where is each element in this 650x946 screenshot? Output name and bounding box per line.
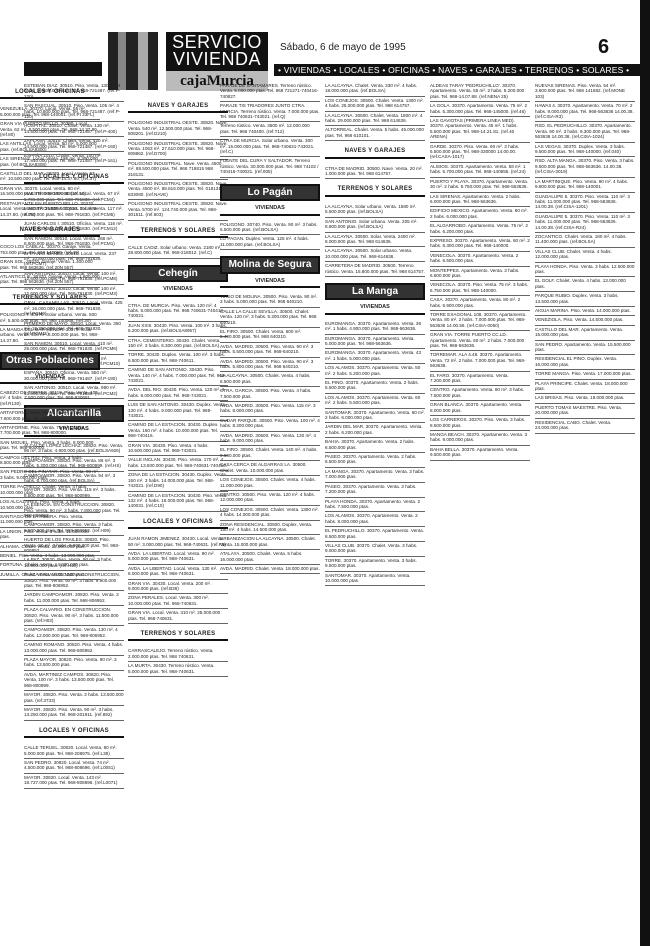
classified-ad: LOS CONEJOS. 30500. Chalet. Venta. 4 hab… bbox=[220, 476, 320, 491]
classified-ad: AVDA. LA LIBERTAD. Local. Venta. 90 m². … bbox=[128, 550, 228, 565]
classified-ad: LA GOLA. 30370. Apartamento. Venta. 75 m… bbox=[430, 102, 530, 117]
classified-ad: BAHIA. 30370. Apartamento. Venta. 2 habs… bbox=[325, 438, 425, 453]
classified-ad: TORREMAR. ALA 4.48. 30370. Apartamento. … bbox=[430, 351, 530, 371]
section-header: TERRENOS Y SOLARES bbox=[0, 290, 100, 305]
classified-ad: EUROMANGA. 30370. Apartamento. Venta. 43… bbox=[325, 349, 425, 364]
classified-ad: LA ALCAYNA. 30500. Solar. Venta. 2400 m²… bbox=[325, 233, 425, 248]
classified-ad: EUROMANGA. 30370. Apartamento. Venta. 5.… bbox=[325, 335, 425, 350]
subsection-header: VIVIENDAS bbox=[325, 302, 425, 314]
classified-ad: JUAN RAMON JIMENEZ. 30430. Local. Venta.… bbox=[128, 535, 228, 550]
classified-ad: CAMINO DE LA ESTACION. 30430. Piso. Vent… bbox=[128, 492, 228, 512]
classified-ad: LA ALCAYNA. 30500. Chalet. Venta. 1800 m… bbox=[325, 112, 425, 127]
classified-ad: GRAN BLANCA. 30370. Apartamento. Venta. … bbox=[430, 401, 530, 416]
classified-ad: SAN PEDRO. Apartamento. Venta. 15.500.00… bbox=[535, 341, 635, 356]
classified-ad: ATALAYA. 30500. Chalet. Venta. 5 habs. 1… bbox=[220, 550, 320, 565]
section-header: TERRENOS Y SOLARES bbox=[128, 223, 228, 238]
classified-ad: BENIEL. Piso. Venta. 4 habs. 13.000.000 … bbox=[0, 552, 100, 561]
classified-ad: LOS CARNEROS. 30370. Piso. Venta. 3 habs… bbox=[430, 416, 530, 431]
classified-ad: VENECOLA. 30370. Apartamento. Venta. 2 h… bbox=[430, 252, 530, 267]
classified-ad: PLAZA CALVARIO. EN CONSTRUCCION. 30820. … bbox=[24, 606, 124, 626]
column-6: NUEVAS SIRENAS. Piso. Venta. 54 m². 3.60… bbox=[535, 82, 635, 434]
classified-ad: EL FARO. 30370. Apartamento. Venta. 7.20… bbox=[430, 372, 530, 387]
header-black-bar bbox=[24, 62, 102, 76]
classified-ad: CASA CERCA DE ALGARRAS LA. 30500. Chalet… bbox=[220, 461, 320, 476]
classified-ad: TORRE. 30370. Apartamento. Venta. 3 habs… bbox=[325, 557, 425, 572]
classified-ad: PARAJE TIS TRIADORES JUNTO CTRA. MURCIA.… bbox=[220, 102, 320, 122]
classified-ad: POLIGONO INDUSTRIAL OESTE. 30820. Nave. … bbox=[128, 180, 228, 200]
classified-ad: BAHIA BELLA. 30370. Apartamento. Venta. … bbox=[430, 446, 530, 461]
classified-ad: AVDA. MADRID. 30500. Piso. Venta. 120 m²… bbox=[220, 432, 320, 447]
classified-ad: LA MANGA. 30370. Apartamento. Venta. 3 h… bbox=[325, 468, 425, 483]
classified-ad: LA ALCAYNA. Chalet. Venta. 330 m². 4 hab… bbox=[325, 82, 425, 97]
classified-ad: TORRE EXAGONAL 108. 30370. Apartamento. … bbox=[430, 311, 530, 331]
classified-ad: CENTRO. Apartamento. Venta. 80 m². 3 hab… bbox=[430, 386, 530, 401]
classified-ad: JUAN XXIII. 30430. Piso. Venta. 100 m². … bbox=[128, 322, 228, 337]
classified-ad: SAN PEDRO. 30820. Local. Venta. 74 m². 4… bbox=[24, 759, 124, 774]
classified-ad: ALISIOS. 30370. Apartamento. Venta. 58 m… bbox=[430, 163, 530, 178]
classified-ad: PASEO. 30370. Apartamento. Venta. 3 habs… bbox=[325, 483, 425, 498]
classified-ad: ZOCANTICO. Chalet. Venta. 180 m². 4 habs… bbox=[535, 233, 635, 248]
classified-ad: GRAN VIA PUERTO BELLO. 30380. Local. Ven… bbox=[0, 120, 100, 140]
town-banner: La Manga bbox=[325, 283, 425, 300]
classified-ad: CENTRO. 30500. Piso. Venta. 120 m². 4 ha… bbox=[220, 491, 320, 506]
classified-ad: FUENTE DEL CURA Y SALTADOR. Terreno rúst… bbox=[220, 157, 320, 177]
classified-ad: CAMINO ROMANO. 30820. Piso. Venta. 4 hab… bbox=[24, 641, 124, 656]
classified-ad: VALLE INCLAN. 30430. Piso. Venta. 170 m²… bbox=[128, 456, 228, 471]
page-number: 6 bbox=[598, 36, 609, 59]
classified-ad: MAYOR. 30820. Local. Venta. 143 m². 18.7… bbox=[24, 774, 124, 789]
classified-ad: LOS ALAMOS. 30370. Apartamento. Venta. 2… bbox=[325, 512, 425, 527]
classified-ad: SAN PEDRO DEL PINATAR. Piso. Venta. 90 m… bbox=[0, 468, 100, 483]
classified-ad: POLIGONO INDUSTRIAL OESTE. 30820. Nave. … bbox=[128, 140, 228, 160]
classified-ad: PLAYA HONDA. 30370. Apartamento. Venta. … bbox=[325, 498, 425, 513]
classified-ad: LOS CONEJOS. 30500. Chalet. Venta. 1300 … bbox=[325, 97, 425, 112]
classified-ad: EL FIRO. 30500. Chalet. Venta. 140 m². 4… bbox=[220, 446, 320, 461]
classified-ad: PUERTO TOMAS MAESTRE. Piso. Venta. 20.00… bbox=[535, 404, 635, 419]
subsection-header: VIVIENDAS bbox=[220, 203, 320, 215]
classified-ad: EL PINO. 30370. Apartamento. Venta. 2 ha… bbox=[325, 379, 425, 394]
classified-ad: LA ALCAYNA. Solar urbano. Venta. 1580 m²… bbox=[325, 203, 425, 218]
classified-ad: PLAZA MAYOR. 30820. Piso. Venta. 90 m². … bbox=[24, 656, 124, 671]
classified-ad: GUADALUPE 5. 30370. Piso. Venta. 110 m².… bbox=[535, 193, 635, 213]
classified-ad: TIRSO DE MOLINA. 30500. Piso. Venta. 90 … bbox=[220, 293, 320, 308]
classified-ad: LOS ALCAZARES. Piso. Venta. 3 habs. 10.5… bbox=[0, 498, 100, 513]
classified-ad: ARTAFORNE. Piso. Venta. 75 m². 2 habs. 7… bbox=[0, 424, 100, 439]
classified-ad: CALLE LA CALLE SEVILLA. 30500. Chalet. V… bbox=[220, 308, 320, 328]
classified-ad: GRAN SOL. 30370. Garaje. Venta. 1.400.00… bbox=[0, 258, 100, 273]
classified-ad: LA ALCAYNA. 30500. Chalet. Venta. 4 habs… bbox=[220, 372, 320, 387]
classified-ad: SANTIAGO DE LA RIBERA. Piso. Venta. 11.0… bbox=[0, 513, 100, 528]
classified-ad: RESIDENCIAL EL PINO. Duplex. Venta. 16.0… bbox=[535, 355, 635, 370]
section-header: TERRENOS Y SOLARES bbox=[325, 181, 425, 196]
column-4: LA ALCAYNA. Chalet. Venta. 330 m². 4 hab… bbox=[325, 82, 425, 586]
classified-ad: EL ALGARROBO. Apartamento. Venta. 75 m².… bbox=[430, 222, 530, 237]
town-banner: Cehegín bbox=[128, 265, 228, 282]
section-header: LOCALES Y OFICINAS bbox=[128, 514, 228, 529]
classified-ad: LUIS DE SAN ANTONIO. 30430. Duplex. Vent… bbox=[128, 401, 228, 421]
classified-ad: LAS SIRENAS. Apartamento. Venta. 2 habs.… bbox=[430, 193, 530, 208]
classified-ad: LA MURTA. 30430. Terreno rústico. Venta.… bbox=[128, 662, 228, 677]
page-edge-bar bbox=[640, 0, 650, 946]
classified-ad: SANTOMAR. 30370. Apartamento. Venta. 60 … bbox=[325, 409, 425, 424]
section-header: NAVES Y GARAJES bbox=[325, 143, 425, 158]
column-3: PARAJE DE SANTAMARES. Terreno rústico. V… bbox=[220, 82, 320, 574]
classified-ad: ZONA RESIDENCIAL. 30500. Duplex. Venta. … bbox=[220, 521, 320, 536]
classified-ad: ALHAMA. Chalet. Venta. 12.000.000 ptas. bbox=[0, 543, 100, 552]
classified-ad: LA ALCAYNA. 30500. Solar urbano. Venta. … bbox=[325, 247, 425, 262]
section-header: NAVES Y GARAJES bbox=[128, 98, 228, 113]
classified-ad: FORTUNA. Chalet. Venta. 14.000.000 ptas. bbox=[0, 561, 100, 570]
classified-ad: LAS GAVIOTAS (PRIMERA LINEA MED). 30370.… bbox=[430, 117, 530, 143]
classified-ad: ALDEAS TARAY 'PEDRUCHILLO'. 30370. Apart… bbox=[430, 82, 530, 102]
newspaper-page: SERVICIO VIVIENDA cajaMurcia Sábado, 6 d… bbox=[0, 0, 650, 946]
classified-ad: JUMILLA. Chalet. Venta. 16.000.000 ptas. bbox=[0, 571, 100, 580]
classified-ad: PASEO. 30370. Apartamento. Venta. 2 habs… bbox=[325, 453, 425, 468]
classified-ad: POLIGONO INDUSTRIAL OESTE. 30820. Nave. … bbox=[128, 119, 228, 139]
classified-ad: PUERTO Y PLAYA. 30370. Apartamento. Vent… bbox=[430, 178, 530, 193]
classified-ad: ZONA PERALES. Local. Venta. 300 m². 10.0… bbox=[128, 594, 228, 609]
classified-ad: EL GOLF. Chalet. Venta. 4 habs. 13.000.0… bbox=[535, 277, 635, 292]
classified-ad: RESTAURANTE EN PUERTO BELLO. 30370. Loca… bbox=[0, 200, 100, 220]
classified-ad: CALLE TERUEL. 30820. Local. Venta. 90 m²… bbox=[24, 744, 124, 759]
classified-ad: CARRASCALEJO. Terreno rústico. Venta. 2.… bbox=[128, 647, 228, 662]
classified-ad: VILLAS CLUB. 30370. Chalet. Venta. 3 hab… bbox=[325, 542, 425, 557]
classified-ad: MAYOR. 30820. Piso. Venta. 90 m². 3 habs… bbox=[24, 706, 124, 721]
town-banner: Lo Pagán bbox=[220, 184, 320, 201]
classified-ad: AIGUA MARINA. Piso. Venta. 14.000.000 pt… bbox=[535, 307, 635, 316]
classified-ad: CAMPOAMOR. 30820. Piso. Venta. 130 m². 4… bbox=[24, 626, 124, 641]
classified-ad: GRAN VIA. TORRE PUERTO CC.LD. Apartament… bbox=[430, 331, 530, 351]
classified-ad: EUROMANGA. 30370. Apartamento. Venta. 36… bbox=[325, 320, 425, 335]
classified-ad: SANTOMAR. 30370. Apartamento. Venta. 10.… bbox=[325, 572, 425, 587]
classified-ad: AVDA. MARTINEZ CAMPOS. 30820. Piso. Vent… bbox=[24, 671, 124, 691]
classified-ad: CARRETERA DE MADRID. 30500. Terreno rúst… bbox=[325, 262, 425, 277]
classified-ad: CTRA. DE MURCIA. Piso. Venta. 120 m². 4 … bbox=[128, 302, 228, 322]
classified-ad: CAMINO DE LA ESTACION. 30430. Duplex. Ve… bbox=[128, 421, 228, 441]
classified-ad: HAWAII 4. 30370. Apartamento. Venta. 70 … bbox=[535, 102, 635, 122]
subsection-header: VIVIENDAS bbox=[128, 284, 228, 296]
classified-ad: POLIGONO INDUSTRIAL. Nave. Venta. 4500 m… bbox=[128, 160, 228, 180]
classified-ad: VILLAS CLUB. Chalet. Venta. 4 habs. 12.0… bbox=[535, 248, 635, 263]
classified-ad: GRAN VIA. Local. Venta. 310 m². 25.000.0… bbox=[128, 609, 228, 624]
classified-ad: EL FIRO. 30500. Chalet. Venta. 600 m². 5… bbox=[220, 328, 320, 343]
classified-ad: ARTAFORNE. Piso. Venta. 85 m². 3 habs. 7… bbox=[0, 409, 100, 424]
classified-ad: CTRA. CEMENTERIO. 30430. Chalet. Venta. … bbox=[128, 337, 228, 352]
classified-ad: LAS ANTILLAS. Local. Venta. 50 m². 5.000… bbox=[0, 140, 100, 155]
classified-ad: PLAYA HONDA. Piso. Venta. 3 habs. 12.500… bbox=[535, 263, 635, 278]
column-7: LOCALES Y OFICINASVENEZUELA. 30370. Loca… bbox=[0, 82, 100, 580]
subsection-header: VIVIENDAS bbox=[220, 276, 320, 288]
classified-ad: JARDIN CAMPOAMOR. 30820. Piso. Venta. 3 … bbox=[24, 591, 124, 606]
classified-ad: RSD. EL PEDRUCHILLO. 30370. Apartamento.… bbox=[535, 122, 635, 142]
classified-ad: LOS CONEJOS. 30500. Chalet. Venta. 1300 … bbox=[220, 506, 320, 521]
classified-ad: CAMPOS DEL RIO. Piso. Venta. 3 habs. 8.5… bbox=[0, 454, 100, 469]
classified-ad: URBANIZACION LA ALCAYNA. 30500. Chalet. … bbox=[220, 535, 320, 550]
classified-ad: GRAN VIA. 30430. Piso. Venta. 4 habs. 10… bbox=[128, 442, 228, 457]
classified-ad: MAYOR. 30820. Piso. Venta. 3 habs. 13.50… bbox=[24, 691, 124, 706]
classified-ad: EDIFICIO MEXICO. Apartamento. Venta. 60 … bbox=[430, 207, 530, 222]
classified-ad: VENEZUELA. 30370. Local. Venta. 55 m². 5… bbox=[0, 105, 100, 120]
classified-ad: LA MARTINIQUE. Piso. Venta. 90 m². 4 hab… bbox=[535, 178, 635, 193]
classified-ad: AVDA. MADRID. 30500. Piso. Venta. 90 m².… bbox=[220, 343, 320, 358]
classified-ad: CTRA DE MADRID. 30500. Nave. Venta. 20 m… bbox=[325, 165, 425, 180]
classified-ad: GRAN VIA. 30430. Local. Venta. 200 m². 9… bbox=[128, 580, 228, 595]
classified-ad: AVDA. MADRID. 30500. Piso. Venta. 90 m².… bbox=[220, 358, 320, 373]
classified-ad: CASA. 30370. Apartamento. Venta. 80 m². … bbox=[430, 296, 530, 311]
section-header: LOCALES Y OFICINAS bbox=[0, 84, 100, 99]
classified-ad: RSD. ALTA MANGA. 30370. Piso. Venta. 3 h… bbox=[535, 157, 635, 177]
classified-ad: LAS VEGAS. 30370. Duplex. Venta. 3 habs.… bbox=[535, 143, 635, 158]
logo-line-2: VIVIENDA bbox=[166, 51, 268, 68]
classified-ad: COCO LOS CABILAL. 30370. Garaje. Venta. … bbox=[0, 243, 100, 258]
classified-ad: AVDA. DEL RIO. 30430. Piso. Venta. 120 m… bbox=[128, 386, 228, 401]
classified-ad: POLIGONO T. 30370. Solar urbano. Venta. … bbox=[0, 311, 100, 326]
classified-ad: CALLE CADIZ. Solar urbano. Venta. 2180 m… bbox=[128, 244, 228, 259]
classified-ad: GUADALUPE 5. 30370. Piso. Venta. 110 m².… bbox=[535, 213, 635, 233]
classified-ad: AVDA. MADRID. Chalet. Venta. 18.000.000 … bbox=[220, 565, 320, 574]
section-header: LOCALES Y OFICINAS bbox=[24, 723, 124, 738]
classified-ad: VENEZIOLA. Piso. Venta. 14.500.000 ptas. bbox=[535, 316, 635, 325]
classified-ad: CASTILLO DEL MAR. Apartamento. Venta. 15… bbox=[535, 326, 635, 341]
classified-ad: AVDA. MADRID. 30500. Piso. Venta. 115 m²… bbox=[220, 402, 320, 417]
classified-ad: CASTILLO DEL MAR. 30370. Local. Venta. 6… bbox=[0, 170, 100, 185]
classified-ad: ATLANTICO III. 30370. Garaje. Venta. 1.6… bbox=[0, 273, 100, 288]
classified-ad: CTRA DE MURCIA. Solar urbano. Venta. 300… bbox=[220, 137, 320, 157]
category-strip: • VIVIENDAS • LOCALES • OFICINAS • NAVES… bbox=[274, 64, 640, 76]
classified-ad: LO PAGAN. Duplex. Venta. 125 m². 4 habs.… bbox=[220, 235, 320, 250]
classified-ad: PARAJE DE SANTAMARES. Terreno rústico. V… bbox=[220, 82, 320, 102]
classified-ad: Terreno rústico. Venta. 3500 m². 12.000.… bbox=[220, 122, 320, 137]
classified-ad: POLIGONO. 30740. Piso. Venta. 90 m². 3 h… bbox=[220, 221, 320, 236]
classified-ad: EL PEDRUCHILLO. 30370. Apartamento. Vent… bbox=[325, 527, 425, 542]
classified-ad: JARDIN DEL MAR. 30370. Apartamento. Vent… bbox=[325, 423, 425, 438]
classified-ad: PARQUE RUBIO. Duplex. Venta. 3 habs. 13.… bbox=[535, 292, 635, 307]
classified-ad: SAN MIGUEL. Piso. Venta. 3 habs. 8.000.0… bbox=[0, 439, 100, 454]
classified-ad: EXPRESO. 30370. Apartamento. Venta. 60 m… bbox=[430, 237, 530, 252]
classified-ad: TORRE MANGA. Piso. Venta. 17.000.000 pta… bbox=[535, 370, 635, 379]
classified-ad: NUEVAS SIRENAS. Piso. Venta. 54 m². 3.60… bbox=[535, 82, 635, 102]
classified-ad: POLIGONO INDUSTRIAL OESTE. 30820. Nave. … bbox=[128, 200, 228, 220]
classified-ad: MANGA BEACH. 30370. Apartamento. Venta. … bbox=[430, 431, 530, 446]
classified-ad: MONTEPPES. Apartamento. Venta. 3 habs. 6… bbox=[430, 267, 530, 282]
town-banner: Molina de Segura bbox=[220, 256, 320, 273]
classified-ad: SAN ANTONIO. Solar urbano. Venta. 205 m²… bbox=[325, 218, 425, 233]
classified-ad: LAS BRISAS. Piso. Venta. 19.000.000 ptas… bbox=[535, 394, 635, 403]
classified-ad: VENECOLA. 30370. Piso. Venta. 75 m². 3 h… bbox=[430, 281, 530, 296]
classified-ad: LA UNION. Piso. Venta. 3 habs. 11.500.00… bbox=[0, 528, 100, 543]
classified-ad: ALTORREAL. Chalet. Venta. 5 habs. 45.000… bbox=[325, 126, 425, 141]
section-header: TERRENOS Y SOLARES bbox=[128, 626, 228, 641]
column-2: NAVES Y GARAJESPOLIGONO INDUSTRIAL OESTE… bbox=[128, 96, 228, 677]
classified-ad: GARDE. 30370. Piso. Venta. 60 m². 3 habs… bbox=[430, 143, 530, 163]
classified-ad: AVDA. LA LIBERTAD. Local. Venta. 130 m².… bbox=[128, 565, 228, 580]
classified-ad: CTRA. GARCIA. 30500. Piso. Venta. 4 habs… bbox=[220, 387, 320, 402]
classified-ad: CAMINO DE SAN ANTONIO. 30430. Piso. Vent… bbox=[128, 366, 228, 386]
classified-ad: LA MANGA DEL MAR MENOR. 30370. Solar urb… bbox=[0, 326, 100, 346]
column-5: ALDEAS TARAY 'PEDRUCHILLO'. 30370. Apart… bbox=[430, 82, 530, 461]
classified-ad: RESIDENCIAL CABO. Chalet. Venta. 24.000.… bbox=[535, 419, 635, 434]
section-header: NAVES Y GARAJES bbox=[0, 222, 100, 237]
classified-ad: LAS SIRENAS. Local. Venta. 185 m². 8.300… bbox=[0, 155, 100, 170]
classified-ad: PLAYA PRINCIPE. Chalet. Venta. 18.000.00… bbox=[535, 380, 635, 395]
classified-ad: TORRE PACHECO. Chalet. Venta. 4 habs. 10… bbox=[0, 483, 100, 498]
classified-ad: TORRE. 30430. Duplex. Venta. 100 m². 3 h… bbox=[128, 351, 228, 366]
subsection-header: VIVIENDAS bbox=[0, 372, 100, 384]
publication-date: Sábado, 6 de mayo de 1995 bbox=[280, 42, 406, 53]
town-banner: Otras Poblaciones bbox=[0, 352, 100, 369]
classified-ad: ZONA DE LA ESTACION. 30430. Duplex. Vent… bbox=[128, 471, 228, 491]
classified-ad: LOS ALAMOS. 30370. Apartamento. Venta. 5… bbox=[325, 364, 425, 379]
classified-ad: GRAN VIA. 30370. Local. Venta. 80 m². 16… bbox=[0, 185, 100, 200]
classified-ad: CABEZO DE TORRES. 30110. Piso. Venta. 10… bbox=[0, 389, 100, 409]
classified-ad: CUDAR PARQUE. 30500. Piso. Venta. 100 m²… bbox=[220, 417, 320, 432]
classified-ad: LOS ALAMOS. 30370. Apartamento. Venta. 6… bbox=[325, 394, 425, 409]
